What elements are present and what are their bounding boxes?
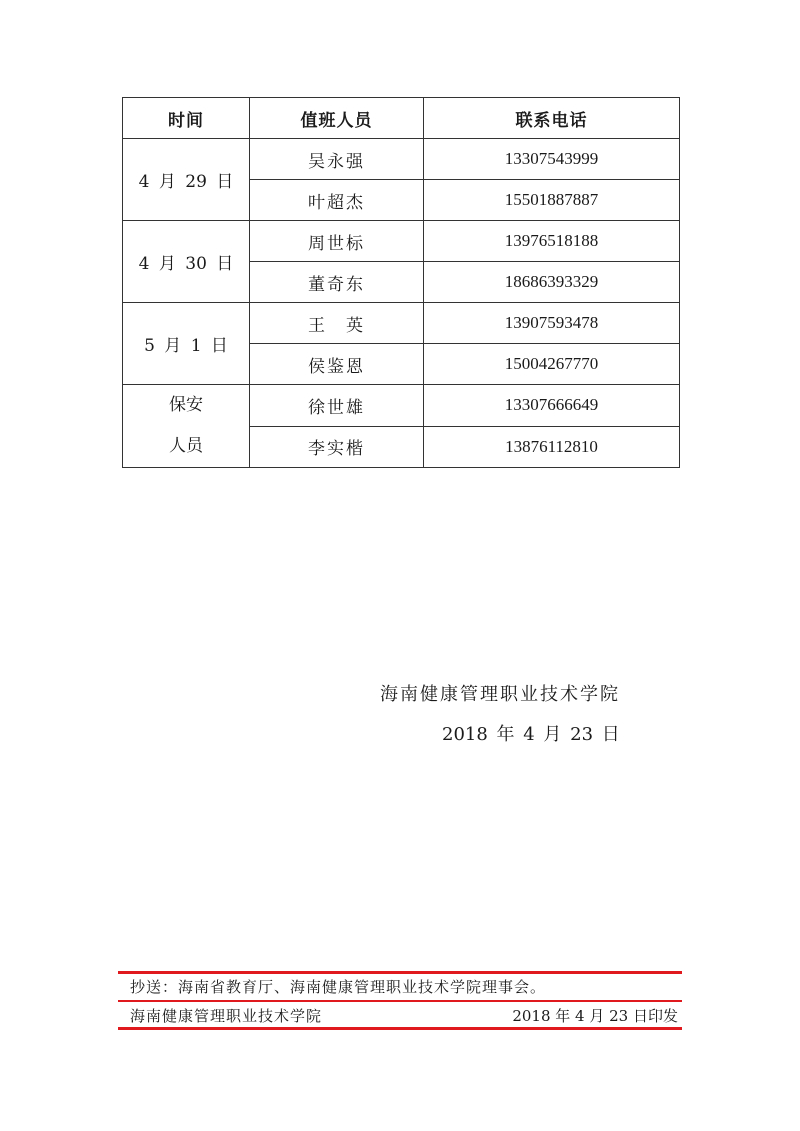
red-rule-middle [118, 1000, 682, 1002]
date-cell: 5 月 1 日 [123, 303, 250, 385]
staff-name: 叶超杰 [250, 180, 424, 221]
phone-number: 13307543999 [424, 139, 680, 180]
header-time: 时间 [123, 98, 250, 139]
cc-line: 抄送：海南省教育厅、海南健康管理职业技术学院理事会。 [130, 976, 546, 997]
staff-name: 周世标 [250, 221, 424, 262]
duty-roster-table: 时间 值班人员 联系电话 4 月 29 日 吴永强 13307543999 叶超… [122, 97, 680, 468]
table-row: 保安 人员 徐世雄 13307666649 [123, 385, 680, 427]
security-label-line2: 人员 [123, 426, 249, 467]
header-staff: 值班人员 [250, 98, 424, 139]
table-row: 4 月 30 日 周世标 13976518188 [123, 221, 680, 262]
table-row: 5 月 1 日 王 英 13907593478 [123, 303, 680, 344]
signature-date: 2018 年 4 月 23 日 [442, 720, 620, 746]
security-label-cell: 保安 人员 [123, 385, 250, 468]
security-label-line1: 保安 [123, 385, 249, 426]
header-phone: 联系电话 [424, 98, 680, 139]
issuer-name: 海南健康管理职业技术学院 [130, 1005, 322, 1026]
signature-organization: 海南健康管理职业技术学院 [380, 680, 620, 706]
staff-name: 侯鉴恩 [250, 344, 424, 385]
red-rule-bottom [118, 1027, 682, 1030]
date-cell: 4 月 29 日 [123, 139, 250, 221]
phone-number: 15004267770 [424, 344, 680, 385]
phone-number: 15501887887 [424, 180, 680, 221]
phone-number: 13976518188 [424, 221, 680, 262]
red-rule-top [118, 971, 682, 974]
staff-name: 王 英 [250, 303, 424, 344]
phone-number: 13307666649 [424, 385, 680, 427]
phone-number: 13876112810 [424, 426, 680, 468]
phone-number: 13907593478 [424, 303, 680, 344]
phone-number: 18686393329 [424, 262, 680, 303]
date-cell: 4 月 30 日 [123, 221, 250, 303]
table-row: 4 月 29 日 吴永强 13307543999 [123, 139, 680, 180]
table-header-row: 时间 值班人员 联系电话 [123, 98, 680, 139]
staff-name: 徐世雄 [250, 385, 424, 427]
staff-name: 吴永强 [250, 139, 424, 180]
staff-name: 董奇东 [250, 262, 424, 303]
issued-date: 2018 年 4 月 23 日印发 [512, 1005, 678, 1026]
staff-name: 李实楷 [250, 426, 424, 468]
